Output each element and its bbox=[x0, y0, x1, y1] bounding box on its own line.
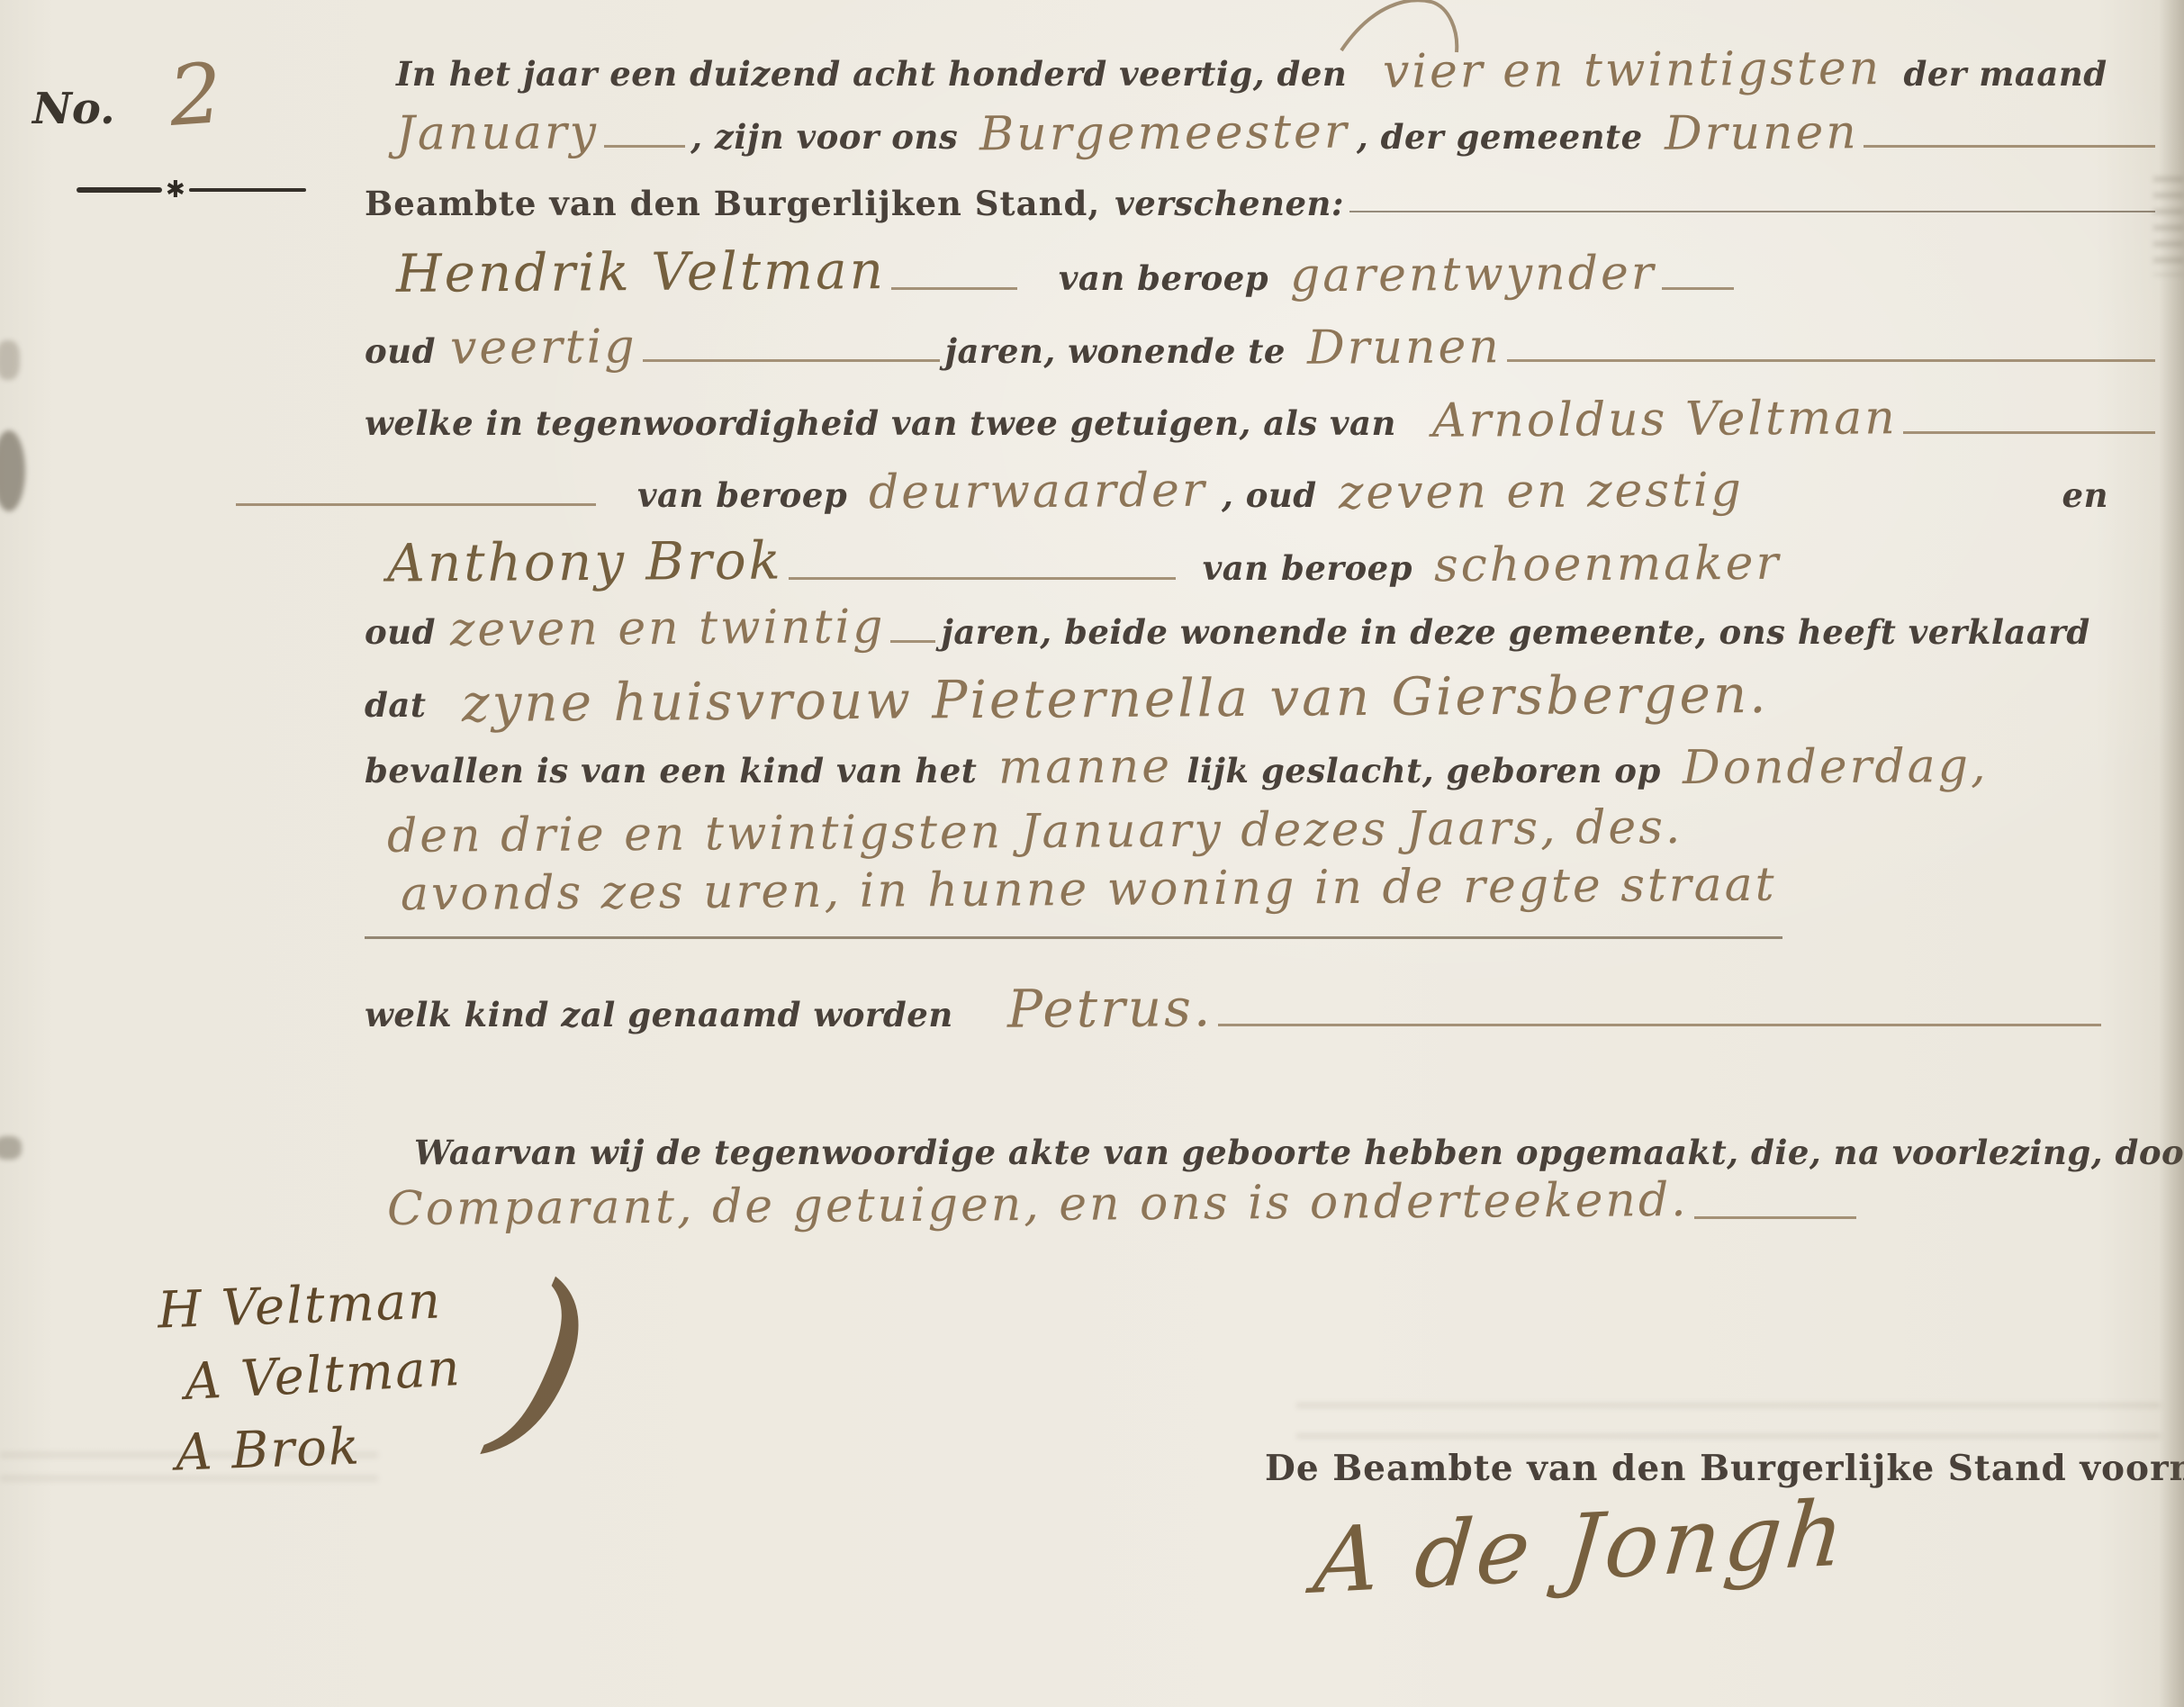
signature-witness1: H Veltman bbox=[158, 1277, 442, 1335]
handwritten-witness1-age: zeven en zestig bbox=[1338, 463, 1743, 519]
margin-divider: ✱ bbox=[77, 176, 306, 203]
handwritten-witness2-age: zeven en twintig bbox=[450, 600, 886, 656]
asterisk-icon: ✱ bbox=[166, 176, 185, 203]
handwritten-child-name: Petrus. bbox=[1006, 977, 1213, 1040]
handwritten-declarant-name: Hendrik Veltman bbox=[396, 239, 886, 304]
handwritten-birth-date: den drie en twintigsten January dezes Ja… bbox=[387, 800, 1683, 863]
printed-text: welke in tegenwoordigheid van twee getui… bbox=[365, 403, 1396, 443]
divider-line-icon bbox=[77, 187, 162, 193]
handwritten-official-role: Burgemeester bbox=[979, 105, 1349, 162]
line-birth-date: den drie en twintigsten January dezes Ja… bbox=[387, 805, 2161, 859]
handwritten-declarant-residence: Drunen bbox=[1307, 320, 1502, 375]
handwritten-witness2-profession: schoenmaker bbox=[1434, 537, 1782, 593]
printed-text: Waarvan wij de tegenwoordige akte van ge… bbox=[414, 1133, 2184, 1172]
printed-text: oud bbox=[365, 612, 436, 652]
line-child-sex-birthday: bevallen is van een kind van het manne l… bbox=[365, 740, 2161, 794]
printed-text: bevallen is van een kind van het bbox=[365, 751, 977, 790]
handwritten-municipality: Drunen bbox=[1664, 105, 1858, 161]
handwritten-birth-weekday: Donderdag, bbox=[1683, 739, 1989, 795]
printed-text: der maand bbox=[1903, 54, 2107, 94]
act-number-value: 2 bbox=[166, 45, 225, 145]
printed-text: van beroep bbox=[637, 475, 847, 515]
handwritten-closing-signed: Comparant, de getuigen, en ons is ondert… bbox=[387, 1173, 1689, 1236]
signature-text: A de Jongh bbox=[1310, 1480, 1852, 1614]
handwritten-witness1-profession: deurwaarder bbox=[869, 464, 1207, 520]
divider-line-icon bbox=[189, 188, 306, 192]
printed-text: van beroep bbox=[1059, 258, 1268, 298]
handwritten-declarant-profession: garentwynder bbox=[1290, 247, 1656, 303]
printed-text: jaren, beide wonende in deze gemeente, o… bbox=[941, 612, 2089, 652]
printed-text: In het jaar een duizend acht honderd vee… bbox=[396, 54, 1347, 94]
printed-text: en bbox=[2062, 475, 2108, 515]
line-witness1-profession-age: van beroep deurwaarder , oud zeven en ze… bbox=[236, 465, 2108, 519]
bleed-through-mark bbox=[0, 1451, 378, 1493]
printed-text: , oud bbox=[1222, 475, 1317, 515]
handwritten-birth-time-place: avonds zes uren, in hunne woning in de r… bbox=[401, 858, 1777, 922]
line-witness2-name: Anthony Brok van beroep schoenmaker bbox=[387, 531, 2161, 592]
signature-official: A de Jongh bbox=[1314, 1495, 1847, 1600]
line-mother-name: dat zyne huisvrouw Pieternella van Giers… bbox=[365, 668, 2161, 729]
line-child-name: welk kind zal genaamd worden Petrus. bbox=[365, 978, 2107, 1039]
bleed-through-mark bbox=[0, 340, 20, 380]
printed-text: van beroep bbox=[1203, 548, 1412, 588]
handwritten-day: vier en twintigsten bbox=[1383, 41, 1882, 99]
line-witness1-intro: welke in tegenwoordigheid van twee getui… bbox=[365, 393, 2161, 447]
signature-text: A Veltman bbox=[184, 1339, 464, 1412]
paragraph-rule bbox=[365, 936, 1782, 939]
printed-text: lijk geslacht, geboren op bbox=[1187, 751, 1660, 790]
handwritten-declarant-age: veertig bbox=[450, 320, 637, 375]
handwritten-sex-prefix: manne bbox=[998, 739, 1172, 794]
line-registrar-appeared: Beambte van den Burgerlijken Stand, vers… bbox=[365, 184, 2161, 223]
printed-text: , zijn voor ons bbox=[690, 117, 958, 157]
act-number-label: No. bbox=[32, 84, 115, 134]
bleed-through-mark bbox=[1296, 1394, 2161, 1457]
line-year-date: In het jaar een duizend acht honderd vee… bbox=[396, 43, 2161, 97]
handwritten-mother-name: zyne huisvrouw Pieternella van Giersberg… bbox=[462, 664, 1769, 734]
signature-text: H Veltman bbox=[157, 1272, 443, 1341]
bleed-through-mark bbox=[0, 430, 25, 511]
certificate-page: No. 2 ✱ In het jaar een duizend acht hon… bbox=[0, 0, 2184, 1707]
act-number: No. 2 bbox=[32, 47, 221, 143]
handwritten-witness2-name: Anthony Brok bbox=[387, 529, 783, 593]
line-witness2-age: oud zeven en twintig jaren, beide wonend… bbox=[365, 601, 2161, 655]
printed-text: dat bbox=[365, 685, 426, 725]
printed-text: jaren, wonende te bbox=[945, 331, 1286, 371]
signature-witness2: A Veltman bbox=[185, 1346, 462, 1404]
line-closing-handwritten: Comparant, de getuigen, en ons is ondert… bbox=[387, 1178, 2008, 1232]
printed-text: , der gemeente bbox=[1357, 117, 1643, 157]
line-birth-time-place: avonds zes uren, in hunne woning in de r… bbox=[401, 863, 2161, 917]
line-month-official: January , zijn voor ons Burgemeester , d… bbox=[396, 106, 2161, 160]
line-declarant-name: Hendrik Veltman van beroep garentwynder bbox=[396, 241, 2161, 303]
printed-text: verschenen: bbox=[1115, 184, 1344, 223]
printed-text: Beambte van den Burgerlijken Stand, bbox=[365, 184, 1100, 223]
page-edge-shadow bbox=[2159, 0, 2184, 1707]
handwritten-month: January bbox=[396, 105, 599, 161]
printed-text: oud bbox=[365, 331, 436, 371]
line-closing-printed: Waarvan wij de tegenwoordige akte van ge… bbox=[414, 1122, 2161, 1176]
line-declarant-age-residence: oud veertig jaren, wonende te Drunen bbox=[365, 321, 2161, 375]
handwritten-witness1-name: Arnoldus Veltman bbox=[1432, 391, 1898, 448]
printed-text: welk kind zal genaamd worden bbox=[365, 995, 953, 1034]
signature-brace: ) bbox=[480, 1237, 609, 1489]
bleed-through-mark bbox=[0, 1136, 22, 1160]
